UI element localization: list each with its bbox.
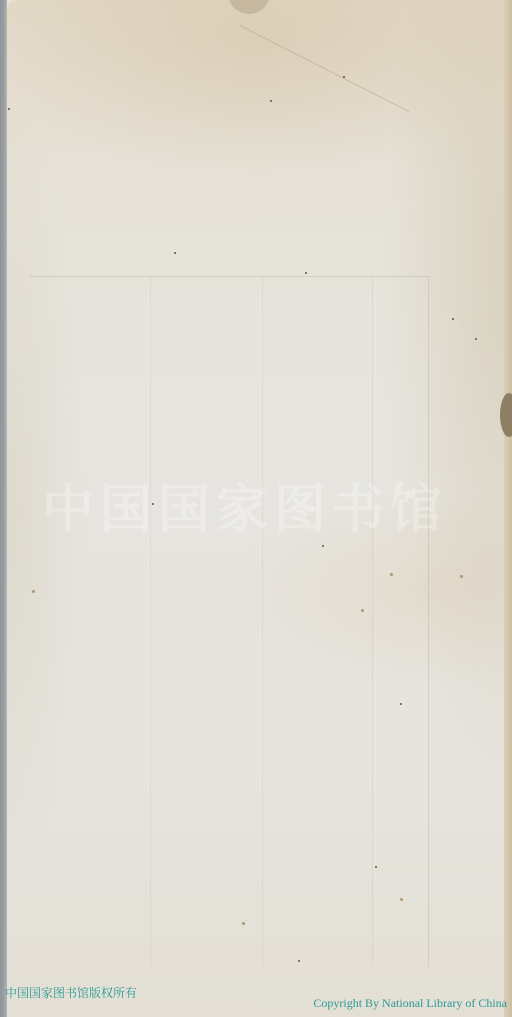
paper-speck bbox=[152, 503, 154, 505]
paper-speck bbox=[400, 703, 402, 705]
faint-column-line bbox=[372, 276, 373, 966]
paper-speck bbox=[270, 100, 272, 102]
paper-speck bbox=[174, 252, 176, 254]
binding-notch bbox=[500, 393, 512, 437]
foxing-spot bbox=[32, 590, 35, 593]
paper-speck bbox=[343, 76, 345, 78]
copyright-chinese: 中国国家图书馆版权所有 bbox=[5, 984, 137, 1001]
paper-right-edge bbox=[504, 0, 512, 1017]
library-watermark: 中国国家图书馆 bbox=[42, 478, 472, 542]
paper-speck bbox=[298, 960, 300, 962]
paper-speck bbox=[322, 545, 324, 547]
scanner-edge-strip bbox=[0, 0, 7, 1017]
paper-speck bbox=[305, 272, 307, 274]
faint-column-line bbox=[262, 276, 263, 966]
scanned-page: 中国国家图书馆 中国国家图书馆版权所有 Copyright By Nationa… bbox=[0, 0, 512, 1017]
foxing-spot bbox=[242, 922, 245, 925]
paper-speck bbox=[452, 318, 454, 320]
foxing-spot bbox=[460, 575, 463, 578]
copyright-english: Copyright By National Library of China bbox=[313, 996, 507, 1011]
faint-ruled-frame bbox=[30, 276, 429, 967]
foxing-spot bbox=[390, 573, 393, 576]
paper-speck bbox=[375, 866, 377, 868]
foxing-spot bbox=[400, 898, 403, 901]
paper-speck bbox=[475, 338, 477, 340]
foxing-spot bbox=[361, 609, 364, 612]
faint-column-line bbox=[150, 276, 151, 966]
paper-speck bbox=[8, 108, 10, 110]
